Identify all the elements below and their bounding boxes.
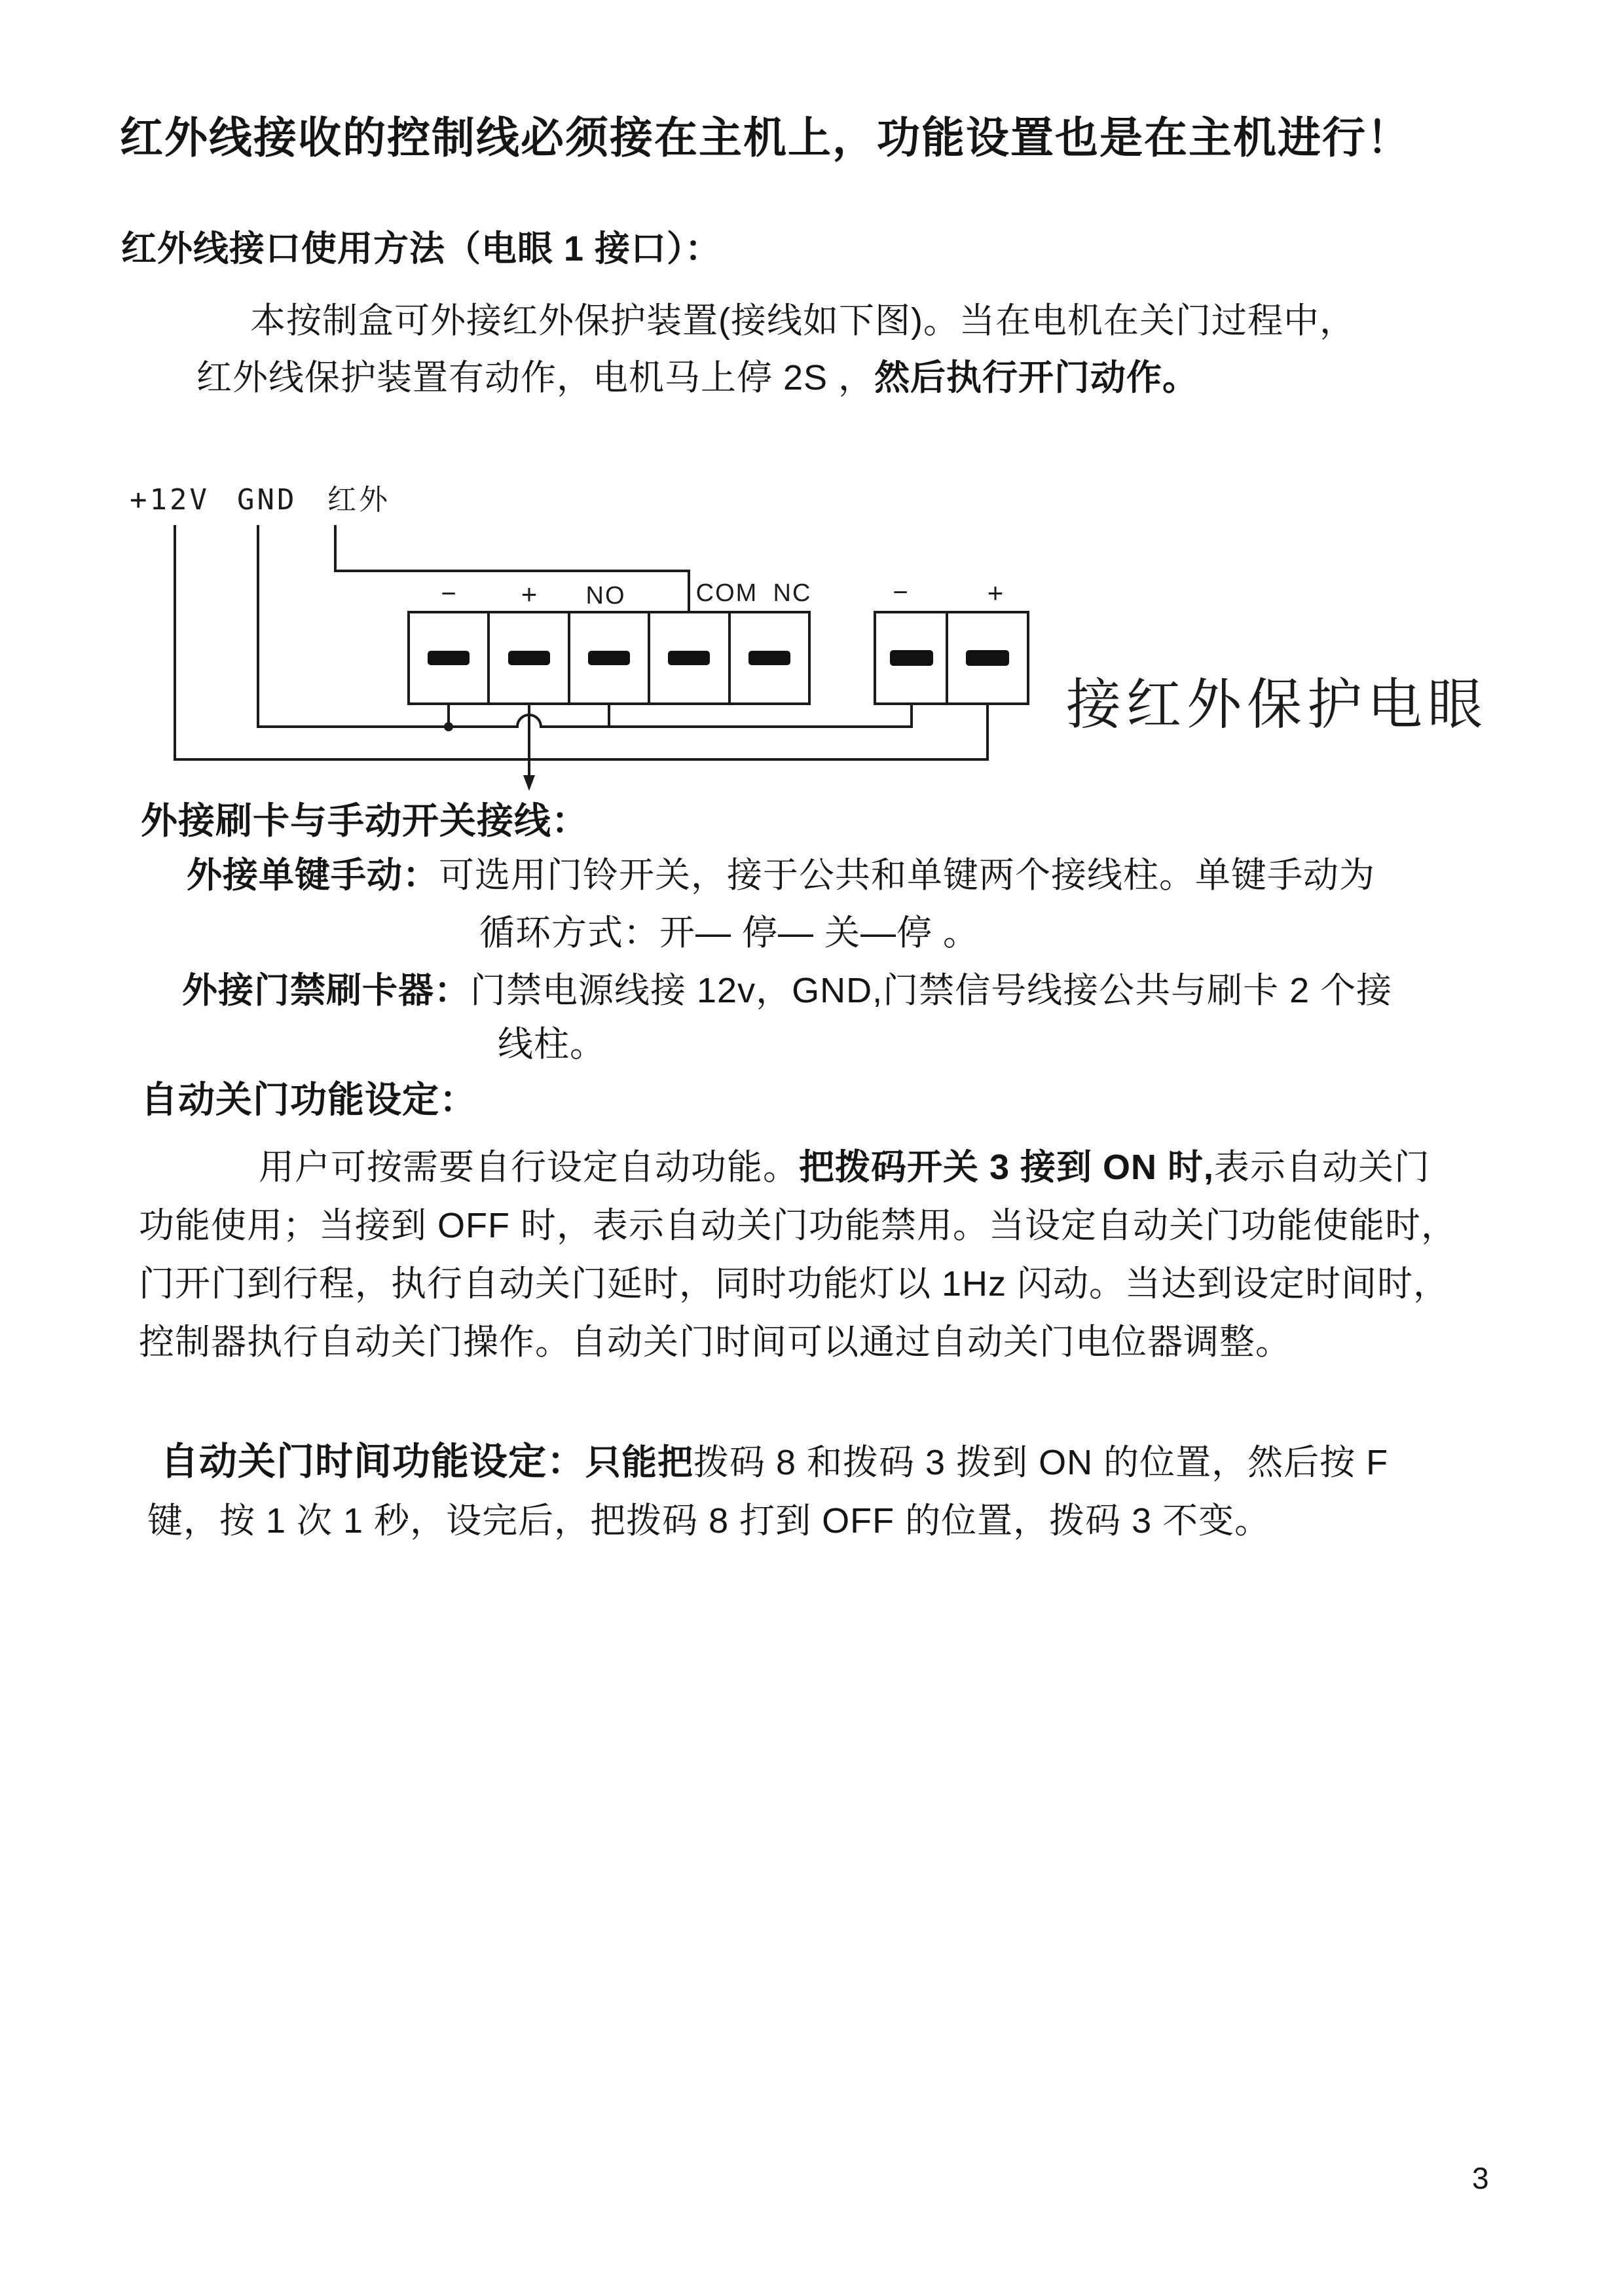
para-ir-line2: 红外线保护装置有动作，电机马上停 2S ，然后执行开门动作。 — [196, 355, 1198, 401]
para-access-reader-lead: 外接门禁刷卡器： — [182, 971, 470, 1010]
wire-gnd — [258, 525, 912, 727]
wiring-diagram: +12V GND 红外 − + NO COM NC − + 接红外保护电眼 — [118, 452, 1532, 792]
para-auto-close-l1-tail: 表示自动关门 — [1214, 1148, 1430, 1187]
heading-auto-close: 自动关门功能设定： — [141, 1076, 477, 1124]
para-close-time-line2: 键，按 1 次 1 秒，设完后，把拨码 8 打到 OFF 的位置，拨码 3 不变… — [147, 1498, 1270, 1544]
wire-ir — [335, 525, 689, 612]
wire-12v — [175, 525, 987, 759]
para-auto-close-line4: 控制器执行自动关门操作。自动关门时间可以通过自动关门电位器调整。 — [139, 1319, 1291, 1365]
para-ir-line2-bold: 然后执行开门动作。 — [874, 358, 1198, 397]
label-12v: +12V — [130, 483, 210, 517]
para-manual-switch: 外接单键手动：可选用门铃开关，接于公共和单键两个接线柱。单键手动为 — [187, 852, 1375, 898]
para-close-time-line1: 自动关门时间功能设定：只能把拨码 8 和拨码 3 拨到 ON 的位置，然后按 F — [160, 1437, 1388, 1486]
para-manual-switch-lead: 外接单键手动： — [187, 856, 439, 895]
para-access-reader-text: 门禁电源线接 12v，GND,门禁信号线接公共与刷卡 2 个接 — [470, 971, 1392, 1010]
para-ir-line1: 本按制盒可外接红外保护装置(接线如下图)。当在电机在关门过程中， — [250, 298, 1356, 344]
para-close-time-tail: 拨码 8 和拨码 3 拨到 ON 的位置，然后按 F — [693, 1443, 1388, 1482]
heading-external-switch: 外接刷卡与手动开关接线： — [141, 797, 589, 845]
label-plus: + — [521, 579, 538, 610]
label-nc: NC — [773, 579, 812, 607]
label-ir: 红外 — [327, 484, 390, 516]
para-access-reader-line2: 线柱。 — [498, 1021, 606, 1067]
label-minus: − — [441, 579, 456, 608]
para-auto-close-line2: 功能使用；当接到 OFF 时，表示自动关门功能禁用。当设定自动关门功能使能时， — [139, 1203, 1457, 1248]
label-com: COM — [696, 579, 758, 607]
arrow-down-icon — [523, 775, 535, 791]
para-ir-line2-normal: 红外线保护装置有动作，电机马上停 2S ， — [196, 358, 874, 397]
junction-dot — [444, 722, 453, 731]
para-auto-close-line1: 用户可按需要自行设定自动功能。把拨码开关 3 接到 ON 时,表示自动关门 — [259, 1144, 1430, 1190]
diagram-caption: 接红外保护电眼 — [1066, 674, 1488, 735]
page-title: 红外线接收的控制线必须接在主机上，功能设置也是在主机进行！ — [120, 110, 1411, 166]
para-manual-switch-line2: 循环方式：开— 停— 关—停 。 — [479, 910, 979, 956]
label-gnd: GND — [237, 483, 297, 517]
label-b2-plus: + — [987, 577, 1004, 608]
terminal-screws — [428, 650, 1009, 666]
para-manual-switch-text: 可选用门铃开关，接于公共和单键两个接线柱。单键手动为 — [439, 856, 1375, 895]
para-auto-close-l1-bold: 把拨码开关 3 接到 ON 时, — [799, 1148, 1214, 1187]
heading-ir-interface: 红外线接口使用方法（电眼 1 接口）： — [121, 226, 721, 272]
heading-close-time: 自动关门时间功能设定： — [160, 1440, 585, 1483]
para-close-time-lead: 只能把 — [585, 1443, 693, 1482]
para-auto-close-line3: 门开门到行程，执行自动关门延时，同时功能灯以 1Hz 闪动。当达到设定时间时， — [139, 1261, 1449, 1307]
para-access-reader: 外接门禁刷卡器：门禁电源线接 12v，GND,门禁信号线接公共与刷卡 2 个接 — [182, 968, 1392, 1013]
page-number: 3 — [1472, 2159, 1490, 2198]
label-no: NO — [586, 582, 626, 610]
label-b2-minus: − — [893, 578, 908, 607]
manual-page: 红外线接收的控制线必须接在主机上，功能设置也是在主机进行！ 红外线接口使用方法（… — [0, 0, 1624, 2296]
para-auto-close-l1-normal: 用户可按需要自行设定自动功能。 — [259, 1148, 799, 1187]
